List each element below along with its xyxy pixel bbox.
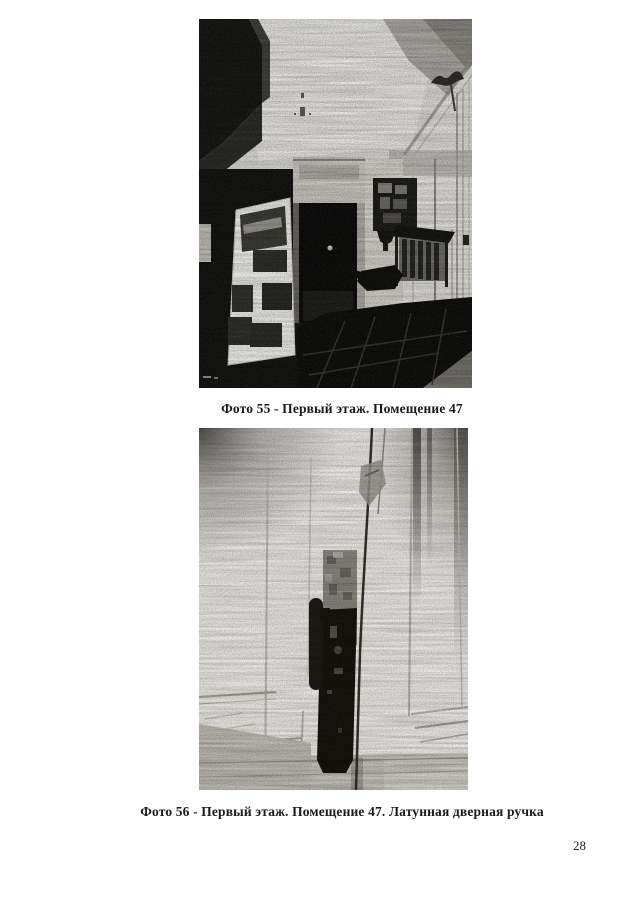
page-number: 28 <box>573 838 586 854</box>
photo-55-caption: Фото 55 - Первый этаж. Помещение 47 <box>0 401 639 417</box>
photo-55-image <box>199 19 472 388</box>
photo-56-caption: Фото 56 - Первый этаж. Помещение 47. Лат… <box>0 804 639 820</box>
photo-56-image <box>199 428 468 790</box>
document-page: Фото 55 - Первый этаж. Помещение 47 <box>0 0 639 905</box>
